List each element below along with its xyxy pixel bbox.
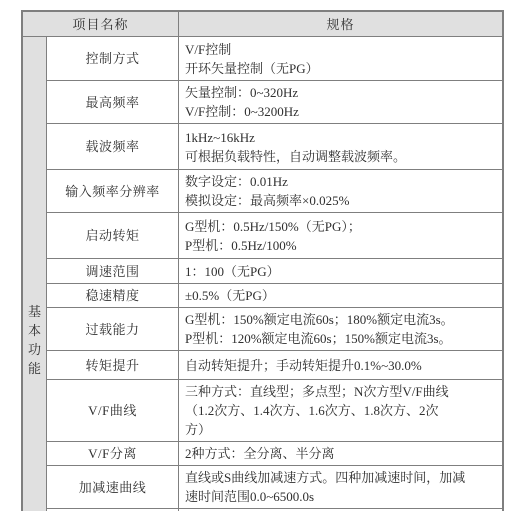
group-cell-basic-functions: 基本功能	[23, 37, 47, 511]
spec-cell: 数字设定：0.01Hz 模拟设定：最高频率×0.025%	[179, 170, 502, 212]
spec-line: V/F控制：0~3200Hz	[185, 102, 494, 121]
spec-line: 开环矢量控制（无PG）	[185, 59, 494, 78]
spec-line: P型机：0.5Hz/100%	[185, 236, 494, 255]
item-name-cell: 转矩提升	[47, 351, 179, 379]
spec-line: 直线或S曲线加减速方式。四种加减速时间，加减	[185, 468, 494, 487]
spec-cell: 1kHz~16kHz 可根据负载特性，自动调整载波频率。	[179, 124, 502, 169]
spec-cell: 2种方式：全分离、半分离	[179, 442, 502, 465]
spec-cell: V/F控制 开环矢量控制（无PG）	[179, 37, 502, 80]
table-row: 控制方式 V/F控制 开环矢量控制（无PG）	[47, 37, 502, 81]
table-row: 调速范围 1：100（无PG）	[47, 259, 502, 284]
table-row: 载波频率 1kHz~16kHz 可根据负载特性，自动调整载波频率。	[47, 124, 502, 170]
table-row: 最高频率 矢量控制：0~320Hz V/F控制：0~3200Hz	[47, 81, 502, 124]
spec-line: 三种方式：直线型；多点型；N次方型V/F曲线	[185, 382, 494, 401]
spec-line: （1.2次方、1.4次方、1.6次方、1.8次方、2次	[185, 401, 494, 420]
table-row: 过载能力 G型机：150%额定电流60s；180%额定电流3s。 P型机：120…	[47, 308, 502, 351]
spec-line: 模拟设定：最高频率×0.025%	[185, 191, 494, 210]
item-name-cell: V/F曲线	[47, 380, 179, 441]
item-name-cell: V/F分离	[47, 442, 179, 465]
spec-line: P型机：120%额定电流60s；150%额定电流3s。	[185, 329, 494, 348]
table-row: 输入频率分辨率 数字设定：0.01Hz 模拟设定：最高频率×0.025%	[47, 170, 502, 213]
table-body: 基本功能 控制方式 V/F控制 开环矢量控制（无PG） 最高频率 矢量控制：0~…	[23, 37, 502, 511]
spec-line: G型机：150%额定电流60s；180%额定电流3s。	[185, 310, 494, 329]
spec-line: 1：100（无PG）	[185, 262, 494, 281]
spec-line: G型机：0.5Hz/150%（无PG）；	[185, 217, 494, 236]
item-name-cell: 加减速曲线	[47, 466, 179, 508]
spec-table: 项目名称 规格 基本功能 控制方式 V/F控制 开环矢量控制（无PG） 最高频率…	[21, 10, 504, 511]
spec-line: 1kHz~16kHz	[185, 128, 494, 147]
item-name-cell: 过载能力	[47, 308, 179, 350]
spec-line: 矢量控制：0~320Hz	[185, 83, 494, 102]
item-name-cell: 启动转矩	[47, 213, 179, 258]
item-name-cell: 稳速精度	[47, 284, 179, 307]
item-name-cell: 输入频率分辨率	[47, 170, 179, 212]
spec-cell: 直线或S曲线加减速方式。四种加减速时间，加减 速时间范围0.0~6500.0s	[179, 466, 502, 508]
spec-line: 数字设定：0.01Hz	[185, 172, 494, 191]
spec-line: ±0.5%（无PG）	[185, 286, 494, 305]
table-header-row: 项目名称 规格	[23, 12, 502, 37]
item-name-cell: 控制方式	[47, 37, 179, 80]
column-header-spec: 规格	[179, 12, 502, 36]
spec-cell: G型机：150%额定电流60s；180%额定电流3s。 P型机：120%额定电流…	[179, 308, 502, 350]
spec-cell: 三种方式：直线型；多点型；N次方型V/F曲线 （1.2次方、1.4次方、1.6次…	[179, 380, 502, 441]
spec-cell: ±0.5%（无PG）	[179, 284, 502, 307]
spec-line: 速时间范围0.0~6500.0s	[185, 487, 494, 506]
spec-cell: 矢量控制：0~320Hz V/F控制：0~3200Hz	[179, 81, 502, 123]
item-name-cell: 载波频率	[47, 124, 179, 169]
spec-cell: G型机：0.5Hz/150%（无PG）； P型机：0.5Hz/100%	[179, 213, 502, 258]
column-header-item-name: 项目名称	[23, 12, 179, 36]
spec-line: 2种方式：全分离、半分离	[185, 444, 494, 463]
spec-cell: 1：100（无PG）	[179, 259, 502, 283]
table-row: V/F分离 2种方式：全分离、半分离	[47, 442, 502, 466]
table-row: V/F曲线 三种方式：直线型；多点型；N次方型V/F曲线 （1.2次方、1.4次…	[47, 380, 502, 442]
spec-line: 自动转矩提升；手动转矩提升0.1%~30.0%	[185, 356, 494, 375]
table-row: 启动转矩 G型机：0.5Hz/150%（无PG）； P型机：0.5Hz/100%	[47, 213, 502, 259]
table-row: 加减速曲线 直线或S曲线加减速方式。四种加减速时间，加减 速时间范围0.0~65…	[47, 466, 502, 509]
spec-line: V/F控制	[185, 40, 494, 59]
spec-cell: 自动转矩提升；手动转矩提升0.1%~30.0%	[179, 351, 502, 379]
item-name-cell: 最高频率	[47, 81, 179, 123]
table-row: 转矩提升 自动转矩提升；手动转矩提升0.1%~30.0%	[47, 351, 502, 380]
table-rows: 控制方式 V/F控制 开环矢量控制（无PG） 最高频率 矢量控制：0~320Hz…	[47, 37, 502, 511]
group-label: 基本功能	[28, 302, 42, 378]
table-row: 稳速精度 ±0.5%（无PG）	[47, 284, 502, 308]
spec-line: 方）	[185, 420, 494, 439]
spec-line: 可根据负载特性，自动调整载波频率。	[185, 147, 494, 166]
item-name-cell: 调速范围	[47, 259, 179, 283]
